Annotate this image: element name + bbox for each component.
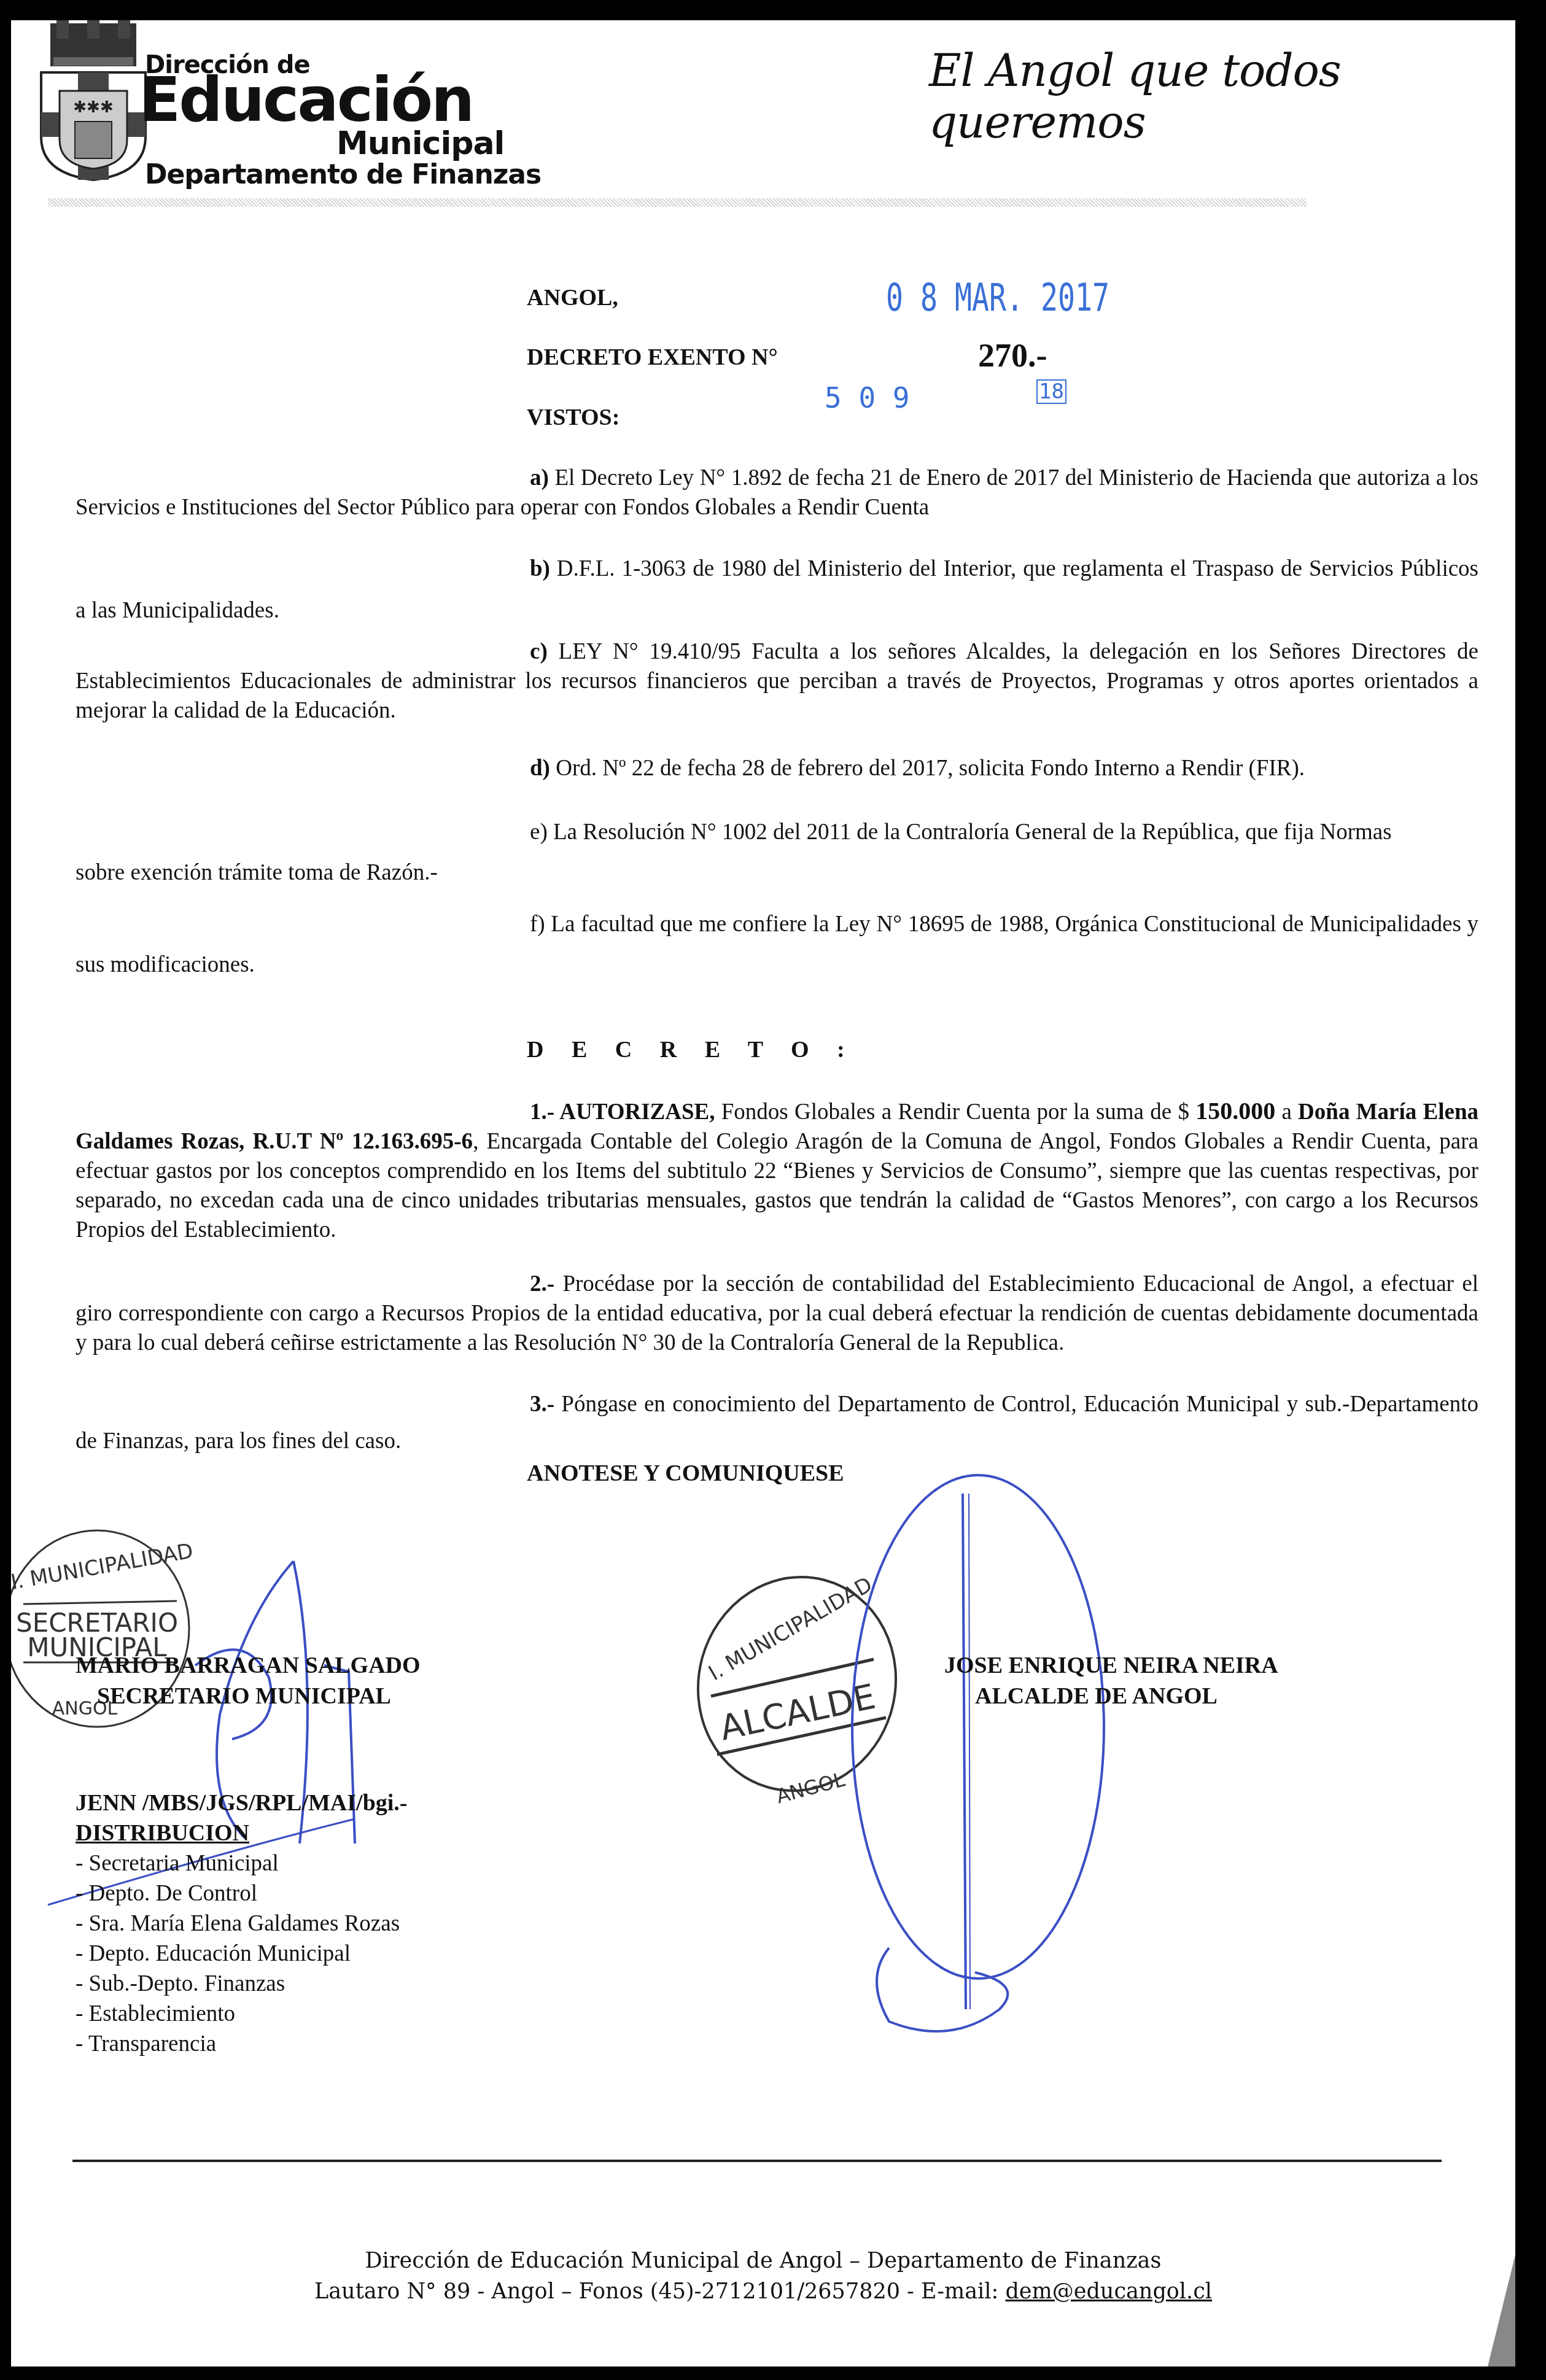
distribution-heading: DISTRIBUCION bbox=[76, 1818, 408, 1848]
svg-text:✱✱✱: ✱✱✱ bbox=[73, 98, 113, 116]
reference-initials: JENN /MBS/JGS/RPL/MAI/bgi.- bbox=[76, 1788, 408, 1818]
alcalde-name: JOSE ENRIQUE NEIRA NEIRA bbox=[944, 1650, 1278, 1681]
footer-divider bbox=[72, 2160, 1442, 2162]
closing-formula: ANOTESE Y COMUNIQUESE bbox=[527, 1460, 844, 1487]
footer-institution: Dirección de Educación Municipal de Ango… bbox=[11, 2249, 1515, 2273]
header-line-departamento: Departamento de Finanzas bbox=[145, 161, 541, 188]
stamp-number: 5 0 9 bbox=[825, 381, 909, 414]
secretario-name: MARIO BARRAGAN SALGADO bbox=[76, 1650, 421, 1681]
vistos-label: VISTOS: bbox=[527, 404, 620, 431]
visto-d: d) Ord. Nº 22 de fecha 28 de febrero del… bbox=[76, 754, 1478, 783]
city-label: ANGOL, bbox=[527, 284, 618, 311]
alcalde-title: ALCALDE DE ANGOL bbox=[975, 1681, 1218, 1711]
header-divider bbox=[48, 198, 1307, 207]
decreto-item-2: 2.- Procédase por la sección de contabil… bbox=[76, 1269, 1478, 1358]
distribution-item: - Secretaria Municipal bbox=[76, 1848, 408, 1878]
header-line-municipal: Municipal bbox=[336, 128, 504, 160]
decreto-item-1: 1.- AUTORIZASE, Fondos Globales a Rendir… bbox=[76, 1096, 1478, 1245]
decree-number: 270.- bbox=[978, 336, 1047, 374]
decreto-item-3: 3.- Póngase en conocimiento del Departam… bbox=[76, 1386, 1478, 1460]
document-page: ✱✱✱ Dirección de Educación Municipal Dep… bbox=[11, 20, 1515, 2366]
distribution-item: - Sub.-Depto. Finanzas bbox=[76, 1969, 408, 1999]
decree-label: DECRETO EXENTO N° bbox=[527, 344, 778, 371]
secretario-title: SECRETARIO MUNICIPAL bbox=[97, 1681, 391, 1711]
header-line-educacion: Educación bbox=[139, 69, 473, 131]
footer-contact: Lautaro N° 89 - Angol – Fonos (45)-27121… bbox=[11, 2279, 1515, 2304]
visto-b: b) D.F.L. 1-3063 de 1980 del Ministerio … bbox=[76, 548, 1478, 632]
page-curl-shadow bbox=[1478, 2255, 1515, 2366]
visto-a: a) El Decreto Ley N° 1.892 de fecha 21 d… bbox=[76, 463, 1478, 522]
stamp-small: 18 bbox=[1036, 379, 1066, 404]
distribution-item: - Depto. Educación Municipal bbox=[76, 1939, 408, 1969]
visto-e: e) La Resolución N° 1002 del 2011 de la … bbox=[76, 812, 1420, 893]
alcalde-signature-icon bbox=[840, 1457, 1116, 2046]
decreto-title: D E C R E T O : bbox=[527, 1036, 856, 1063]
date-stamp: 0 8 MAR. 2017 bbox=[886, 275, 1109, 320]
svg-text:ANGOL: ANGOL bbox=[774, 1767, 847, 1808]
distribution-item: - Depto. De Control bbox=[76, 1878, 408, 1909]
distribution-item: - Establecimiento bbox=[76, 1999, 408, 2029]
distribution-block: JENN /MBS/JGS/RPL/MAI/bgi.- DISTRIBUCION… bbox=[76, 1788, 408, 2059]
visto-f: f) La facultad que me confiere la Ley N°… bbox=[76, 904, 1478, 985]
visto-c: c) LEY N° 19.410/95 Faculta a los señore… bbox=[76, 637, 1478, 726]
slogan: El Angol que todos queremos bbox=[929, 45, 1515, 148]
coat-of-arms-icon: ✱✱✱ bbox=[32, 20, 155, 180]
distribution-item: - Sra. María Elena Galdames Rozas bbox=[76, 1909, 408, 1939]
distribution-item: - Transparencia bbox=[76, 2029, 408, 2059]
email-link[interactable]: dem@educangol.cl bbox=[1005, 2279, 1212, 2304]
svg-text:I. MUNICIPALIDAD: I. MUNICIPALIDAD bbox=[11, 1538, 195, 1595]
